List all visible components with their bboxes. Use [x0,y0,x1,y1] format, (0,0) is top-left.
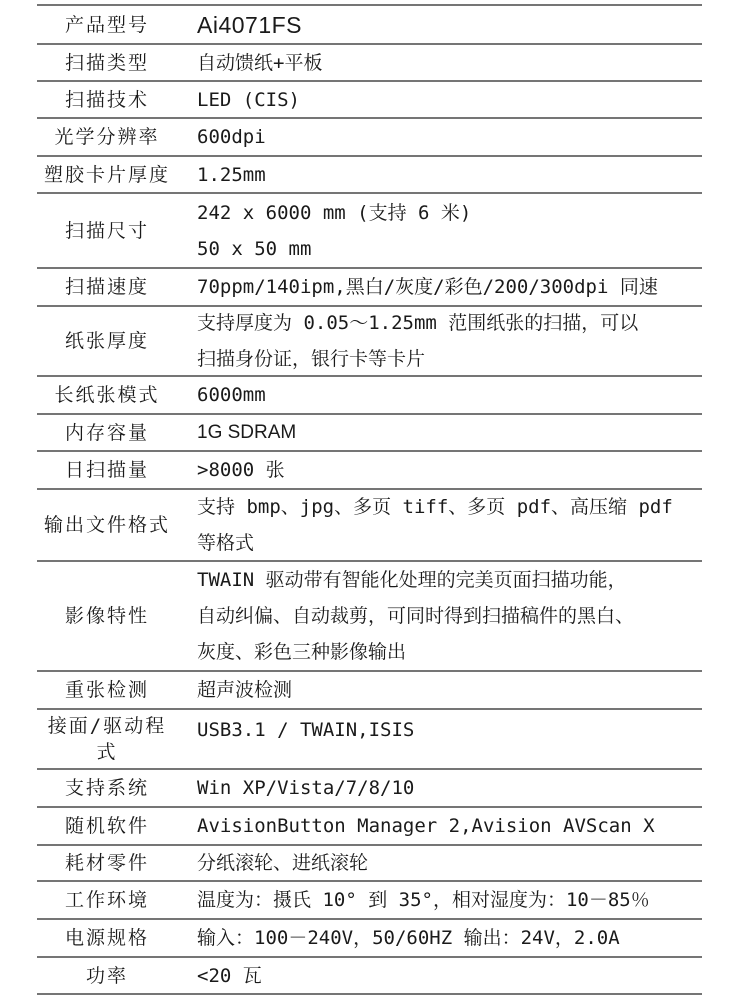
spec-value: 支持厚度为 0.05～1.25mm 范围纸张的扫描，可以 扫描身份证，银行卡等卡… [177,305,702,377]
spec-label: 接面/驱动程 式 [37,713,177,765]
spec-value: AvisionButton Manager 2,Avision AVScan X [177,808,702,844]
spec-label: 影像特性 [37,603,177,629]
spec-label: 功率 [37,963,177,989]
row-daily-duty-cycle: 日扫描量 >8000 张 [37,450,702,488]
spec-value: 温度为：摄氏 10° 到 35°，相对湿度为：10－85％ [177,882,702,918]
row-product-model: 产品型号 Ai4071FS [37,4,702,43]
row-power-consumption: 功率 <20 瓦 [37,956,702,993]
row-bundled-software: 随机软件 AvisionButton Manager 2,Avision AVS… [37,806,702,844]
row-memory: 内存容量 1G SDRAM [37,413,702,450]
row-scan-speed: 扫描速度 70ppm/140ipm,黑白/灰度/彩色/200/300dpi 同速 [37,267,702,305]
spec-value: 分纸滚轮、进纸滚轮 [177,845,702,881]
spec-value: TWAIN 驱动带有智能化处理的完美页面扫描功能， 自动纠偏、自动裁剪，可同时得… [177,562,702,670]
spec-label: 支持系统 [37,775,177,801]
product-spec-table: 产品型号 Ai4071FS 扫描类型 自动馈纸+平板 扫描技术 LED (CIS… [37,4,702,995]
spec-value: 242 x 6000 mm (支持 6 米) 50 x 50 mm [177,195,702,267]
spec-value: 输入：100－240V，50/60HZ 输出：24V，2.0A [177,920,702,956]
row-image-features: 影像特性 TWAIN 驱动带有智能化处理的完美页面扫描功能， 自动纠偏、自动裁剪… [37,560,702,670]
spec-value: Ai4071FS [177,7,702,43]
spec-value: LED (CIS) [177,82,702,118]
row-long-paper-mode: 长纸张模式 6000mm [37,375,702,413]
row-paper-thickness: 纸张厚度 支持厚度为 0.05～1.25mm 范围纸张的扫描，可以 扫描身份证，… [37,305,702,375]
row-scan-technology: 扫描技术 LED (CIS) [37,80,702,117]
spec-label: 内存容量 [37,420,177,446]
spec-value: 600dpi [177,119,702,155]
spec-value: 自动馈纸+平板 [177,45,702,81]
row-optical-resolution: 光学分辨率 600dpi [37,117,702,155]
spec-value: 1G SDRAM [177,415,702,451]
spec-label: 工作环境 [37,887,177,913]
row-output-file-format: 输出文件格式 支持 bmp、jpg、多页 tiff、多页 pdf、高压缩 pdf… [37,488,702,560]
spec-label: 长纸张模式 [37,382,177,408]
row-double-feed-detection: 重张检测 超声波检测 [37,670,702,708]
row-card-thickness: 塑胶卡片厚度 1.25mm [37,155,702,192]
row-power-supply: 电源规格 输入：100－240V，50/60HZ 输出：24V，2.0A [37,918,702,956]
spec-value: 70ppm/140ipm,黑白/灰度/彩色/200/300dpi 同速 [177,269,702,305]
spec-label: 纸张厚度 [37,328,177,354]
spec-label: 光学分辨率 [37,124,177,150]
spec-label: 塑胶卡片厚度 [37,162,177,188]
spec-label: 随机软件 [37,813,177,839]
spec-value: <20 瓦 [177,958,702,994]
spec-value: 1.25mm [177,157,702,193]
spec-label: 重张检测 [37,677,177,703]
spec-label: 耗材零件 [37,850,177,876]
spec-value: Win XP/Vista/7/8/10 [177,770,702,806]
row-scan-size: 扫描尺寸 242 x 6000 mm (支持 6 米) 50 x 50 mm [37,192,702,267]
spec-label: 产品型号 [37,12,177,38]
row-interface-driver: 接面/驱动程 式 USB3.1 / TWAIN,ISIS [37,708,702,768]
spec-value: USB3.1 / TWAIN,ISIS [177,710,702,748]
spec-label: 扫描尺寸 [37,218,177,244]
spec-label: 扫描技术 [37,87,177,113]
row-supported-os: 支持系统 Win XP/Vista/7/8/10 [37,768,702,806]
row-operating-environment: 工作环境 温度为：摄氏 10° 到 35°，相对湿度为：10－85％ [37,880,702,918]
spec-value: 6000mm [177,377,702,413]
spec-label: 输出文件格式 [37,512,177,538]
spec-label: 扫描类型 [37,50,177,76]
spec-label: 扫描速度 [37,274,177,300]
spec-value: 支持 bmp、jpg、多页 tiff、多页 pdf、高压缩 pdf 等格式 [177,489,702,561]
row-scan-type: 扫描类型 自动馈纸+平板 [37,43,702,80]
row-consumables: 耗材零件 分纸滚轮、进纸滚轮 [37,844,702,880]
spec-label: 电源规格 [37,925,177,951]
spec-label: 日扫描量 [37,457,177,483]
spec-value: >8000 张 [177,452,702,488]
spec-value: 超声波检测 [177,672,702,708]
